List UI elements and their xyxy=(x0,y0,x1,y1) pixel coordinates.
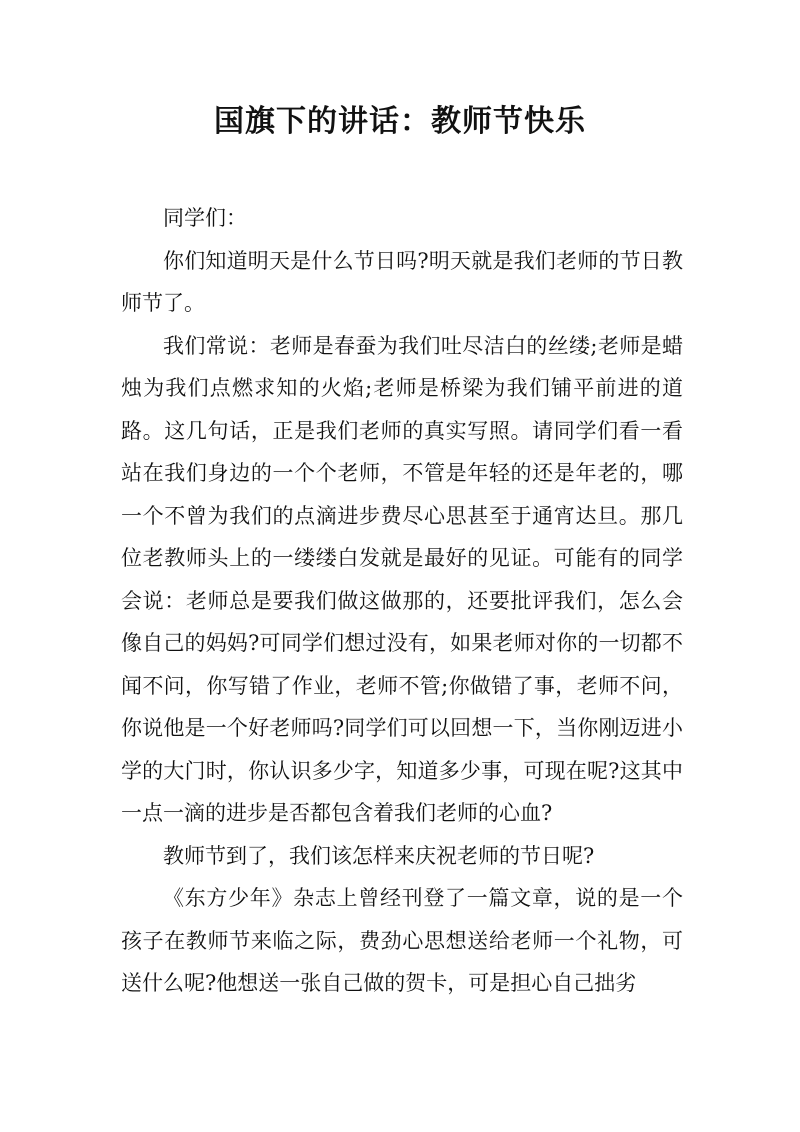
paragraph: 我们常说：老师是春蚕为我们吐尽洁白的丝缕;老师是蜡烛为我们点燃求知的火焰;老师是… xyxy=(121,325,683,835)
document-title: 国旗下的讲话：教师节快乐 xyxy=(0,96,800,140)
paragraph: 你们知道明天是什么节日吗?明天就是我们老师的节日教师节了。 xyxy=(121,240,683,325)
paragraph: 教师节到了，我们该怎样来庆祝老师的节日呢? xyxy=(121,835,683,878)
paragraph: 《东方少年》杂志上曾经刊登了一篇文章，说的是一个孩子在教师节来临之际，费劲心思想… xyxy=(121,877,683,1005)
paragraph-greeting: 同学们： xyxy=(121,197,683,240)
document-body: 同学们： 你们知道明天是什么节日吗?明天就是我们老师的节日教师节了。 我们常说：… xyxy=(121,197,683,1005)
